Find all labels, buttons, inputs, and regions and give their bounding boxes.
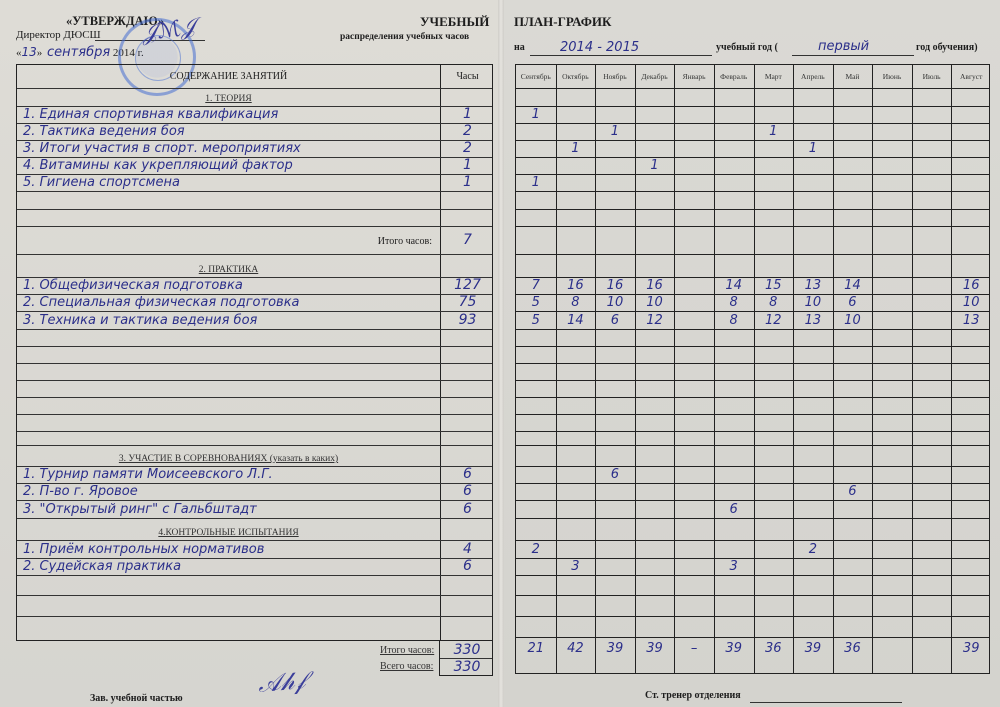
month-header: Июнь xyxy=(872,65,912,89)
grid-cell: 13 xyxy=(951,313,991,328)
grid-cell: 10 xyxy=(595,295,635,310)
grid-cell: 12 xyxy=(754,313,794,328)
empty-grid-row xyxy=(516,227,989,255)
grid-cell: 8 xyxy=(714,313,754,328)
table-row: 4. Витамины как укрепляющий фактор 1 xyxy=(17,158,492,175)
grid-cell: 10 xyxy=(833,313,873,328)
grid-cell: 1 xyxy=(635,158,675,173)
grid-row: 22 xyxy=(516,541,989,559)
grid-cell: 5 xyxy=(516,313,556,328)
month-header: Март xyxy=(754,65,794,89)
grid-row: 1 xyxy=(516,107,989,124)
empty-grid-row xyxy=(516,617,989,638)
grid-cell: 16 xyxy=(556,278,596,293)
page-fold xyxy=(498,0,504,707)
month-header: Ноябрь xyxy=(595,65,635,89)
year-prefix: на xyxy=(514,42,525,53)
theory-subtotal-value: 7 xyxy=(441,232,494,248)
grid-row: 1 xyxy=(516,158,989,175)
grid-cell: 3 xyxy=(714,559,754,574)
row-text: 2. Тактика ведения боя xyxy=(23,124,185,139)
table-header-row: СОДЕРЖАНИЕ ЗАНЯТИЙ Часы xyxy=(17,65,492,89)
table-row: 1. Турнир памяти Моисеевского Л.Г. 6 xyxy=(17,467,492,484)
section-theory-title: 1. ТЕОРИЯ xyxy=(17,94,440,104)
empty-grid-row xyxy=(516,576,989,596)
lesson-content-table: СОДЕРЖАНИЕ ЗАНЯТИЙ Часы 1. ТЕОРИЯ 1. Еди… xyxy=(16,64,493,641)
grid-cell: 10 xyxy=(635,295,675,310)
date-day: 13 xyxy=(22,45,37,59)
row-text: 5. Гигиена спортсмена xyxy=(23,175,180,190)
monthly-total-cell: 39 xyxy=(714,641,754,656)
director-label: Директор ДЮСШ xyxy=(16,29,101,41)
grid-cell: 10 xyxy=(793,295,833,310)
empty-grid-row xyxy=(516,519,989,541)
row-text: 2. П-во г. Яровое xyxy=(23,484,138,499)
table-row: 2. Тактика ведения боя 2 xyxy=(17,124,492,141)
row-hours: 2 xyxy=(441,140,494,156)
empty-grid-row xyxy=(516,192,989,210)
empty-row xyxy=(17,347,492,364)
grid-cell: 6 xyxy=(595,467,635,482)
grid-row: 6 xyxy=(516,484,989,501)
table-row: 2. П-во г. Яровое 6 xyxy=(17,484,492,501)
row-text: 3. Техника и тактика ведения боя xyxy=(23,313,257,328)
monthly-total-cell: 42 xyxy=(556,641,596,656)
plan-title: ПЛАН-ГРАФИК xyxy=(514,14,611,30)
row-text: 2. Судейская практика xyxy=(23,559,181,574)
grid-row: 11 xyxy=(516,141,989,158)
header-content: СОДЕРЖАНИЕ ЗАНЯТИЙ xyxy=(17,71,440,82)
row-text: 2. Специальная физическая подготовка xyxy=(23,295,300,310)
month-header: Август xyxy=(951,65,991,89)
empty-row xyxy=(17,415,492,432)
monthly-totals-row: 21423939–3936393639 xyxy=(516,638,989,657)
empty-grid-row xyxy=(516,432,989,446)
grid-row: 33 xyxy=(516,559,989,576)
empty-row xyxy=(17,381,492,398)
grid-cell: 6 xyxy=(833,295,873,310)
study-year-suffix: год обучения) xyxy=(916,42,978,53)
section-tests-row: 4.КОНТРОЛЬНЫЕ ИСПЫТАНИЯ xyxy=(17,519,492,541)
row-hours: 6 xyxy=(441,501,494,517)
empty-grid-row xyxy=(516,398,989,415)
grid-cell: 8 xyxy=(754,295,794,310)
row-hours: 1 xyxy=(441,106,494,122)
header-hours: Часы xyxy=(441,71,494,82)
total-label: Итого часов: xyxy=(380,645,434,656)
monthly-total-cell: 39 xyxy=(951,641,991,656)
head-of-studies-signature-icon: 𝒜𝒽𝒻 xyxy=(257,666,306,698)
theory-subtotal-row: Итого часов: 7 xyxy=(17,227,492,255)
months-header-row: СентябрьОктябрьНоябрьДекабрьЯнварьФеврал… xyxy=(516,65,989,89)
empty-grid-row xyxy=(516,330,989,347)
month-header: Июль xyxy=(912,65,952,89)
grid-row: 514612812131013 xyxy=(516,312,989,330)
year-blank-line xyxy=(530,55,712,56)
grid-row: 6 xyxy=(516,467,989,484)
grid-cell: 1 xyxy=(556,141,596,156)
row-text: 1. Общефизическая подготовка xyxy=(23,278,243,293)
empty-grid-row xyxy=(516,415,989,432)
grid-cell: 1 xyxy=(793,141,833,156)
grid-cell: 13 xyxy=(793,313,833,328)
row-text: 1. Приём контрольных нормативов xyxy=(23,542,264,557)
grid-row: 71616161415131416 xyxy=(516,278,989,295)
grid-row: 5810108810610 xyxy=(516,295,989,312)
grid-cell: 1 xyxy=(516,107,556,122)
study-year-blank-line xyxy=(792,55,914,56)
grid-cell: 10 xyxy=(951,295,991,310)
monthly-total-cell: 39 xyxy=(595,641,635,656)
grid-cell: 16 xyxy=(635,278,675,293)
grid-cell: 14 xyxy=(714,278,754,293)
row-text: 4. Витамины как укрепляющий фактор xyxy=(23,158,293,173)
grid-cell: 7 xyxy=(516,278,556,293)
theory-subtotal-label: Итого часов: xyxy=(378,236,432,247)
month-header: Январь xyxy=(674,65,714,89)
monthly-total-cell: 36 xyxy=(754,641,794,656)
row-hours: 1 xyxy=(441,157,494,173)
row-text: 1. Единая спортивная квалификация xyxy=(23,107,278,122)
table-row: 3. Итоги участия в спорт. мероприятиях 2 xyxy=(17,141,492,158)
grid-cell: 6 xyxy=(595,313,635,328)
row-hours: 75 xyxy=(441,294,494,310)
empty-row xyxy=(17,432,492,446)
month-header: Октябрь xyxy=(556,65,596,89)
grid-cell: 2 xyxy=(516,542,556,557)
grid-cell: 6 xyxy=(714,502,754,517)
total-value: 330 xyxy=(440,642,494,658)
empty-row xyxy=(17,210,492,227)
month-header: Апрель xyxy=(793,65,833,89)
empty-grid-row xyxy=(516,347,989,364)
empty-row xyxy=(17,617,492,642)
year-mid-label: учебный год ( xyxy=(716,42,778,53)
senior-coach-signature-line xyxy=(750,702,902,703)
month-header: Сентябрь xyxy=(516,65,556,89)
row-hours: 1 xyxy=(441,174,494,190)
table-row: 5. Гигиена спортсмена 1 xyxy=(17,175,492,192)
grid-cell: 1 xyxy=(754,124,794,139)
section-practice-title: 2. ПРАКТИКА xyxy=(17,265,440,275)
row-hours: 127 xyxy=(441,277,494,293)
grid-cell: 16 xyxy=(951,278,991,293)
grid-row: 6 xyxy=(516,501,989,519)
empty-row xyxy=(17,576,492,596)
grid-cell: 13 xyxy=(793,278,833,293)
monthly-total-cell: 39 xyxy=(635,641,675,656)
grid-cell: 8 xyxy=(714,295,754,310)
grid-row: 11 xyxy=(516,124,989,141)
empty-grid-row xyxy=(516,255,989,278)
grid-cell: 8 xyxy=(556,295,596,310)
grid-cell: 5 xyxy=(516,295,556,310)
table-row: 2. Специальная физическая подготовка 75 xyxy=(17,295,492,312)
monthly-plan-grid: СентябрьОктябрьНоябрьДекабрьЯнварьФеврал… xyxy=(515,64,990,674)
row-hours: 6 xyxy=(441,466,494,482)
empty-grid-row xyxy=(516,210,989,227)
empty-row xyxy=(17,330,492,347)
month-header: Май xyxy=(833,65,873,89)
grid-cell: 15 xyxy=(754,278,794,293)
month-header: Декабрь xyxy=(635,65,675,89)
senior-coach-label: Ст. тренер отделения xyxy=(645,690,741,701)
table-row: 2. Судейская практика 6 xyxy=(17,559,492,576)
row-text: 3. "Открытый ринг" с Гальбштадт xyxy=(23,502,257,517)
section-theory-row: 1. ТЕОРИЯ xyxy=(17,89,492,107)
empty-grid-row xyxy=(516,364,989,381)
date-month: сентября xyxy=(47,45,110,60)
grid-cell: 6 xyxy=(833,484,873,499)
grid-cell: 1 xyxy=(516,175,556,190)
grid-row: 1 xyxy=(516,175,989,192)
monthly-total-cell: – xyxy=(674,641,714,656)
row-text: 3. Итоги участия в спорт. мероприятиях xyxy=(23,141,301,156)
totals-box: 330 330 xyxy=(439,640,493,676)
table-row: 1. Приём контрольных нормативов 4 xyxy=(17,541,492,559)
grid-cell: 16 xyxy=(595,278,635,293)
table-row: 3. Техника и тактика ведения боя 93 xyxy=(17,312,492,330)
monthly-total-cell: 21 xyxy=(516,641,556,656)
section-tests-title: 4.КОНТРОЛЬНЫЕ ИСПЫТАНИЯ xyxy=(17,528,440,538)
study-year-value: первый xyxy=(818,39,869,54)
section-practice-row: 2. ПРАКТИКА xyxy=(17,255,492,278)
empty-grid-row xyxy=(516,446,989,467)
grid-cell: 12 xyxy=(635,313,675,328)
empty-row xyxy=(17,364,492,381)
row-hours: 2 xyxy=(441,123,494,139)
academic-year-value: 2014 - 2015 xyxy=(560,40,639,55)
section-competitions-row: 3. УЧАСТИЕ В СОРЕВНОВАНИЯХ (указать в ка… xyxy=(17,446,492,467)
row-hours: 6 xyxy=(441,558,494,574)
empty-grid-row xyxy=(516,89,989,107)
date-close-quote: » xyxy=(37,47,43,59)
table-row: 3. "Открытый ринг" с Гальбштадт 6 xyxy=(17,501,492,519)
empty-grid-row xyxy=(516,381,989,398)
empty-row xyxy=(17,398,492,415)
grid-cell: 3 xyxy=(556,559,596,574)
empty-grid-row xyxy=(516,596,989,617)
empty-row xyxy=(17,596,492,617)
grid-cell: 2 xyxy=(793,542,833,557)
row-hours: 4 xyxy=(441,541,494,557)
doc-subtitle: распределения учебных часов xyxy=(340,32,469,42)
table-row: 1. Общефизическая подготовка 127 xyxy=(17,278,492,295)
row-text: 1. Турнир памяти Моисеевского Л.Г. xyxy=(23,467,273,482)
section-competitions-title: 3. УЧАСТИЕ В СОРЕВНОВАНИЯХ (указать в ка… xyxy=(17,454,440,464)
monthly-total-cell: 36 xyxy=(833,641,873,656)
grid-cell: 14 xyxy=(556,313,596,328)
head-of-studies-label: Зав. учебной частью xyxy=(90,693,183,704)
row-hours: 6 xyxy=(441,483,494,499)
doc-title-1: УЧЕБНЫЙ xyxy=(420,14,489,30)
grand-total-value: 330 xyxy=(440,659,494,675)
month-header: Февраль xyxy=(714,65,754,89)
row-hours: 93 xyxy=(441,312,494,328)
grid-cell: 1 xyxy=(595,124,635,139)
empty-row xyxy=(17,192,492,210)
grid-cell: 14 xyxy=(833,278,873,293)
table-row: 1. Единая спортивная квалификация 1 xyxy=(17,107,492,124)
grand-total-label: Всего часов: xyxy=(380,661,433,672)
monthly-total-cell: 39 xyxy=(793,641,833,656)
